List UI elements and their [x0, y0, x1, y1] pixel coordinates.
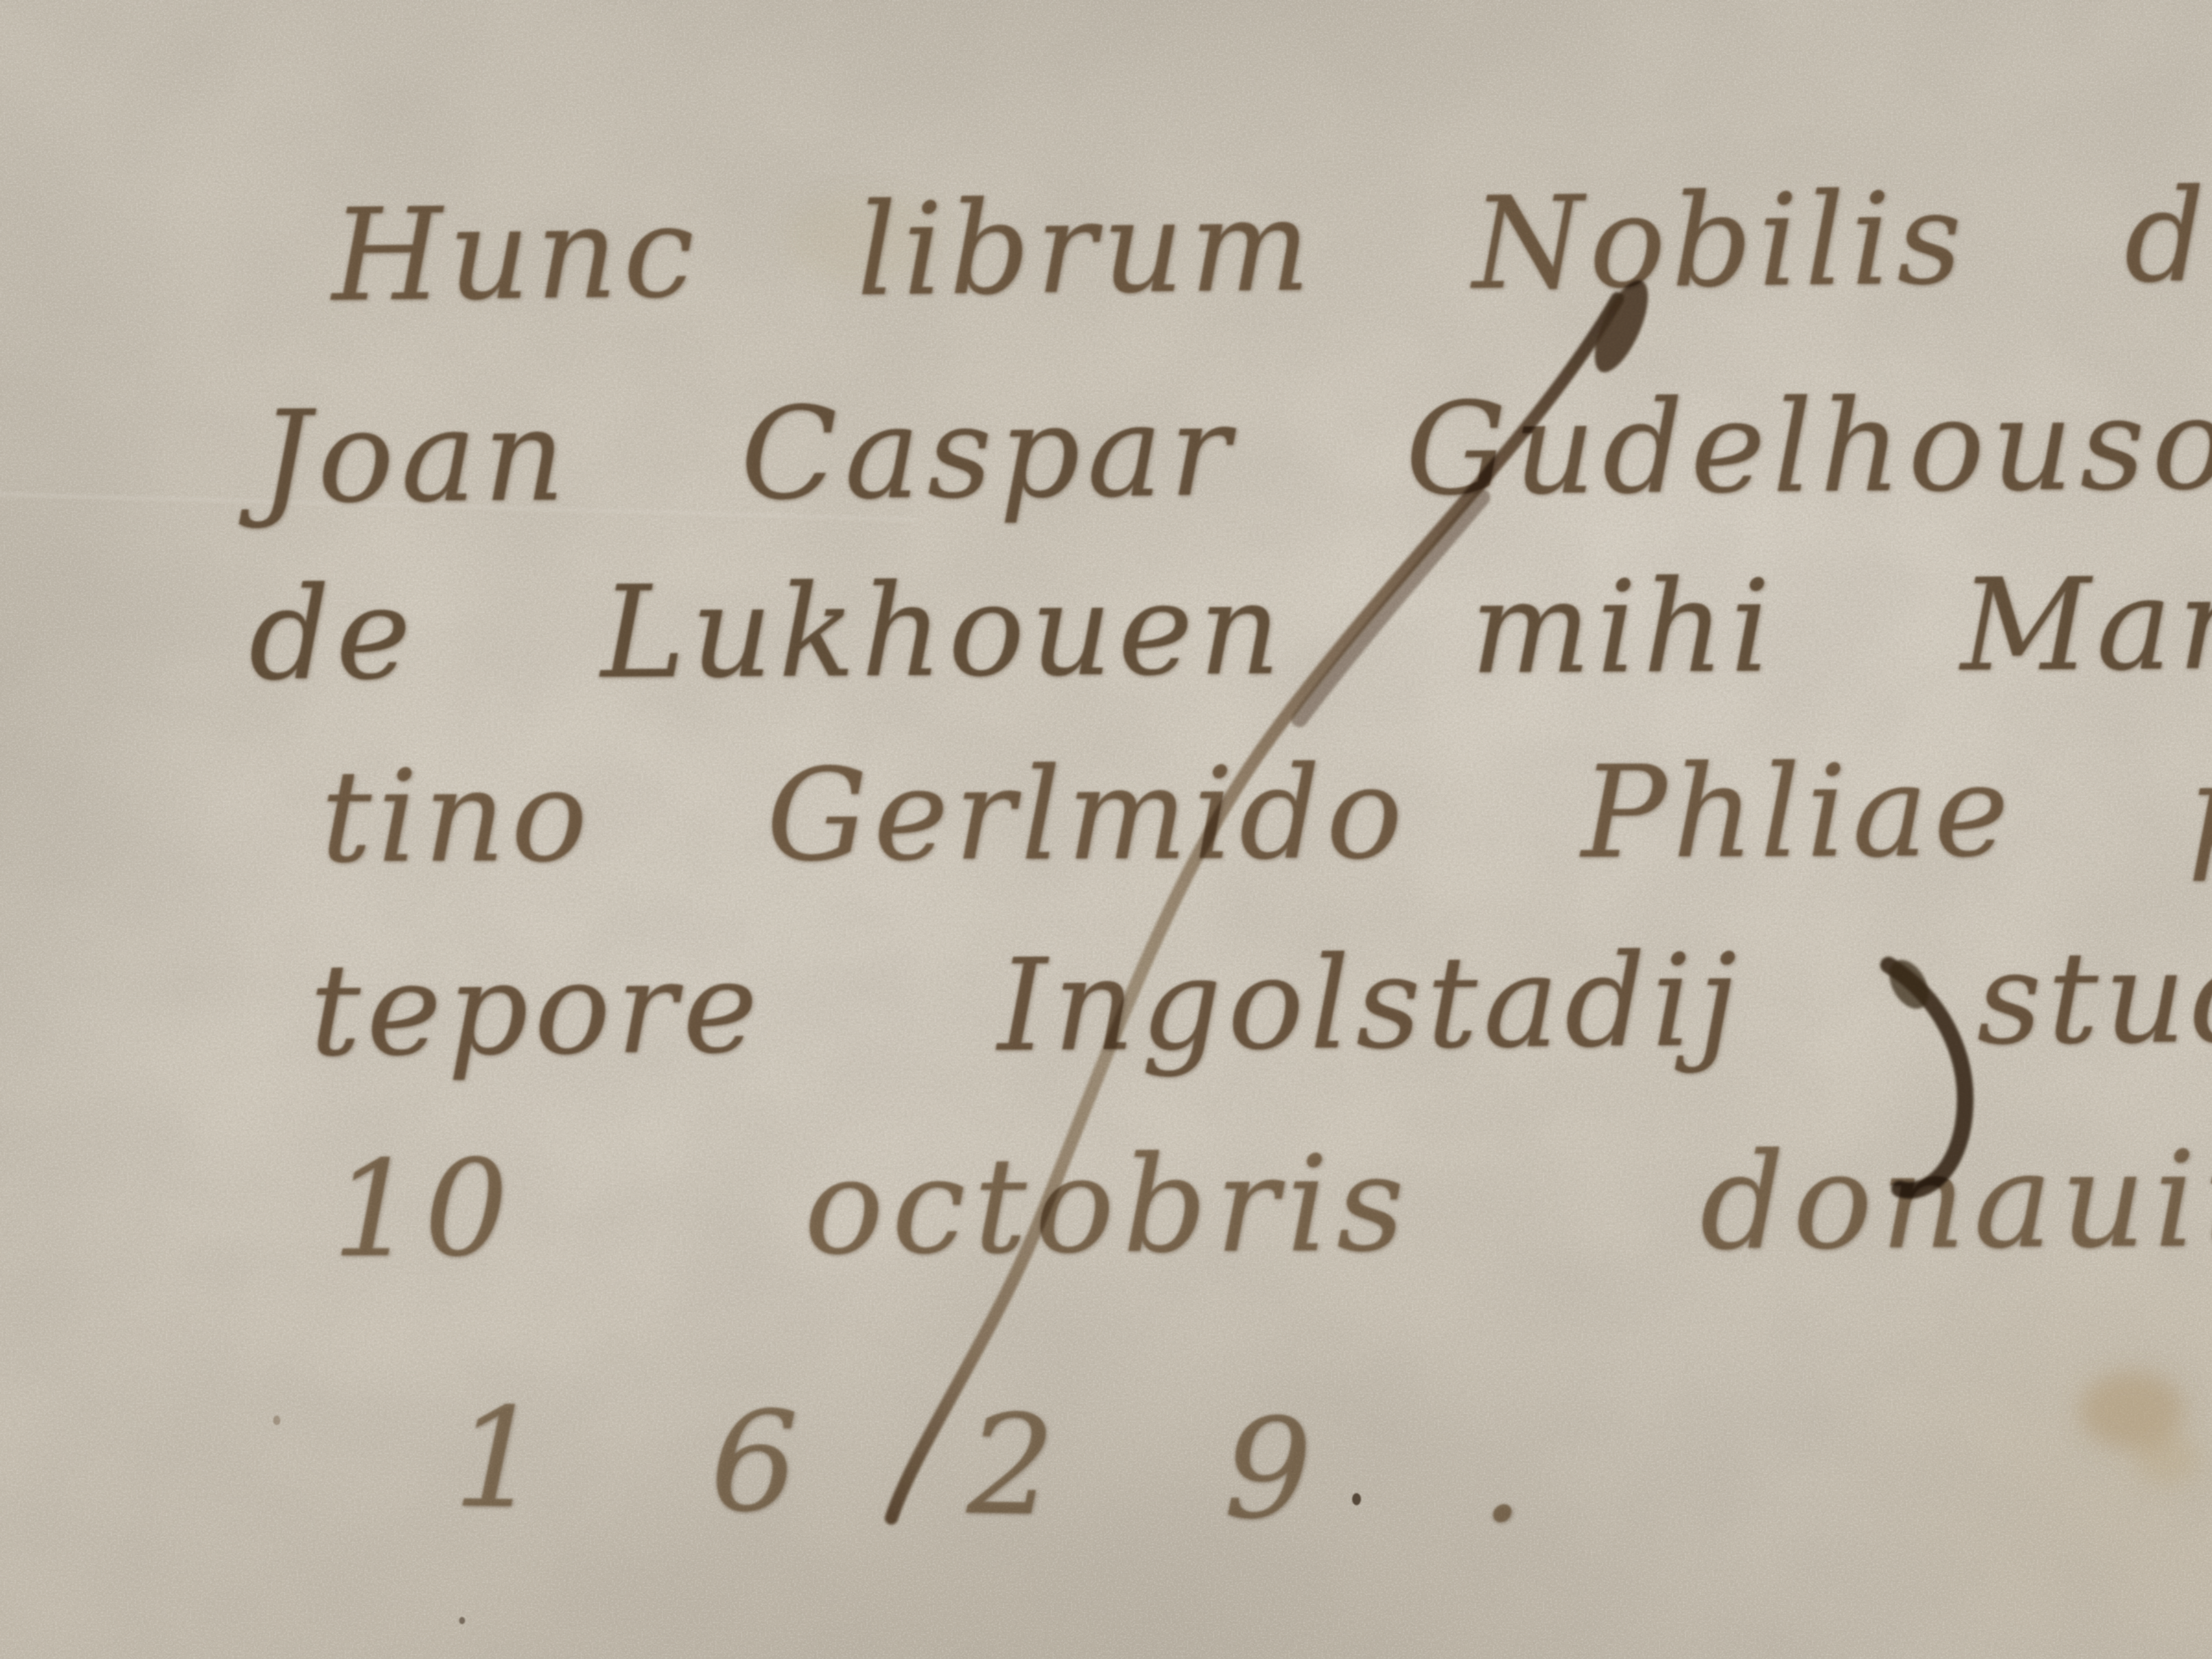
manuscript-page: Hunc librum Nobilis dng Joan Caspar Gude…: [0, 0, 2212, 1659]
ink-speck: [273, 1416, 280, 1425]
ink-speck: [459, 1617, 465, 1624]
ink-speck: [1352, 1493, 1361, 1505]
bold-flourish: [1881, 953, 1965, 1190]
ink-marks: [0, 0, 2212, 1659]
cancellation-stroke: [891, 273, 1659, 1518]
